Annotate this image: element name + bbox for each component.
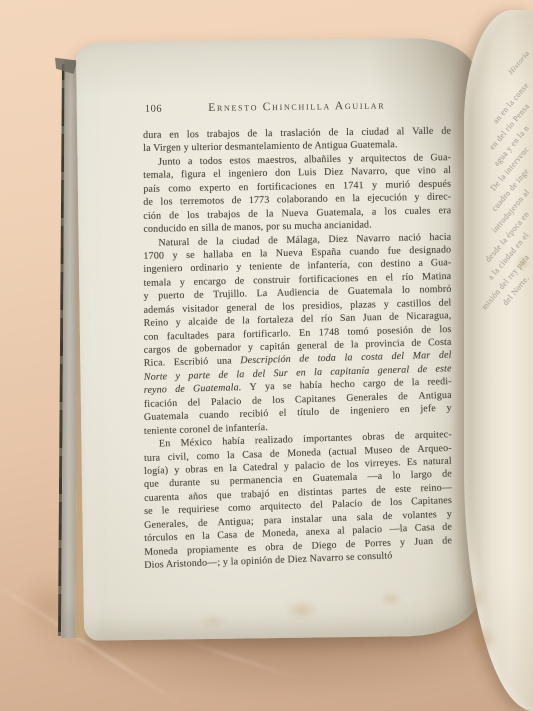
left-page: 106 Ernesto Chinchilla Aguilar duraenlos…	[76, 37, 482, 640]
next-page-text-line: Historia	[507, 49, 531, 76]
book-cover-corner	[55, 56, 77, 74]
page-body: duraenlostrabajosdelatraslacióndelaciuda…	[143, 126, 457, 574]
running-header: Ernesto Chinchilla Aguilar	[143, 99, 451, 115]
book-photo: 106 Ernesto Chinchilla Aguilar duraenlos…	[0, 0, 533, 711]
